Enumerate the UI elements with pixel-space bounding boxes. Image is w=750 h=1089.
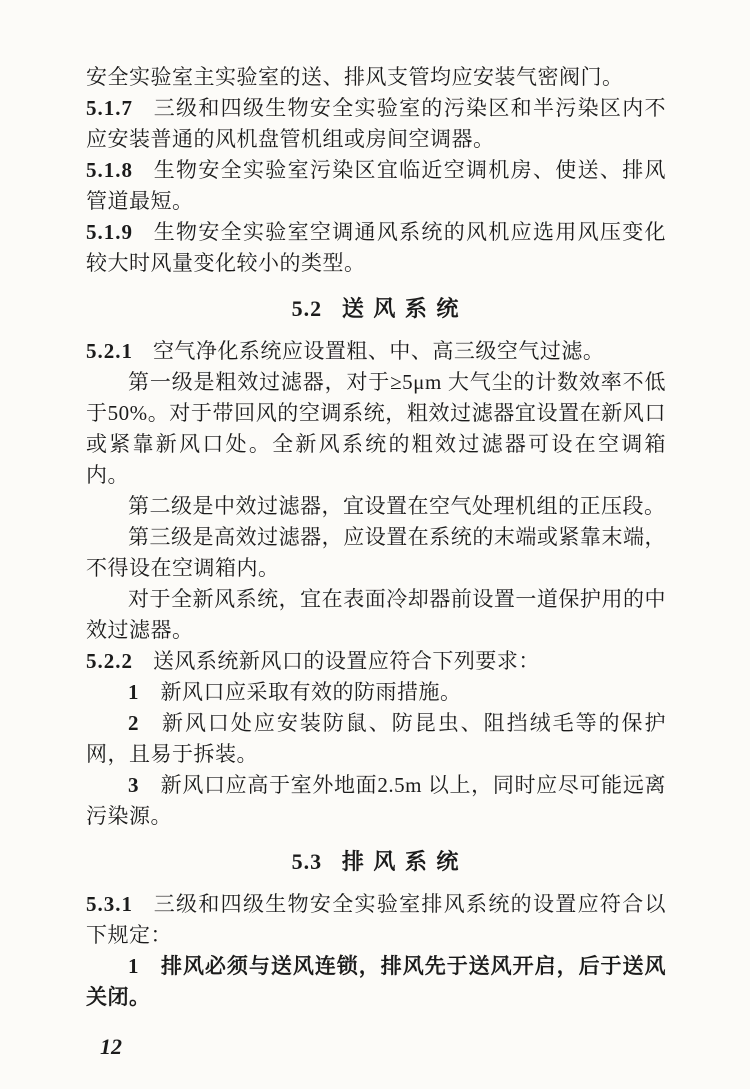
section-title: 送 风 系 统 xyxy=(342,296,461,321)
clause-text: 三级和四级生物安全实验室的污染区和半污染区内不应安装普通的风机盘管机组或房间空调… xyxy=(86,96,666,151)
item-text: 新风口应采取有效的防雨措施。 xyxy=(161,680,462,704)
clause-5-1-8: 5.1.8生物安全实验室污染区宜临近空调机房、使送、排风管道最短。 xyxy=(86,155,666,217)
paragraph-text: 安全实验室主实验室的送、排风支管均应安装气密阀门。 xyxy=(86,65,624,89)
clause-number: 5.3.1 xyxy=(86,892,133,916)
clause-number: 5.1.7 xyxy=(86,96,133,120)
paragraph-continuation: 安全实验室主实验室的送、排风支管均应安装气密阀门。 xyxy=(86,62,666,93)
document-page: 安全实验室主实验室的送、排风支管均应安装气密阀门。 5.1.7三级和四级生物安全… xyxy=(0,0,750,1089)
item-number: 2 xyxy=(128,711,140,735)
list-item-5-2-2-3: 3新风口应高于室外地面2.5m 以上，同时应尽可能远离污染源。 xyxy=(86,770,666,832)
clause-5-3-1: 5.3.1三级和四级生物安全实验室排风系统的设置应符合以下规定： xyxy=(86,889,666,951)
paragraph-text: 对于全新风系统，宜在表面冷却器前设置一道保护用的中效过滤器。 xyxy=(86,587,666,642)
paragraph-full-fresh-air: 对于全新风系统，宜在表面冷却器前设置一道保护用的中效过滤器。 xyxy=(86,584,666,646)
clause-5-1-9: 5.1.9生物安全实验室空调通风系统的风机应选用风压变化较大时风量变化较小的类型… xyxy=(86,217,666,279)
paragraph-filter-level-1: 第一级是粗效过滤器，对于≥5μm 大气尘的计数效率不低于50%。对于带回风的空调… xyxy=(86,367,666,491)
clause-5-1-7: 5.1.7三级和四级生物安全实验室的污染区和半污染区内不应安装普通的风机盘管机组… xyxy=(86,93,666,155)
clause-text: 生物安全实验室污染区宜临近空调机房、使送、排风管道最短。 xyxy=(86,158,666,213)
clause-number: 5.1.9 xyxy=(86,220,133,244)
clause-number: 5.2.2 xyxy=(86,649,133,673)
section-heading-5-3: 5.3排 风 系 统 xyxy=(86,846,666,877)
clause-text: 送风系统新风口的设置应符合下列要求： xyxy=(153,649,540,673)
clause-number: 5.2.1 xyxy=(86,339,133,363)
clause-number: 5.1.8 xyxy=(86,158,133,182)
item-text: 新风口处应安装防鼠、防昆虫、阻挡绒毛等的保护网，且易于拆装。 xyxy=(86,711,666,766)
page-content: 安全实验室主实验室的送、排风支管均应安装气密阀门。 5.1.7三级和四级生物安全… xyxy=(86,62,666,1013)
clause-text: 三级和四级生物安全实验室排风系统的设置应符合以下规定： xyxy=(86,892,666,947)
item-text: 新风口应高于室外地面2.5m 以上，同时应尽可能远离污染源。 xyxy=(86,773,666,828)
clause-text: 生物安全实验室空调通风系统的风机应选用风压变化较大时风量变化较小的类型。 xyxy=(86,220,666,275)
item-text: 排风必须与送风连锁，排风先于送风开启，后于送风关闭。 xyxy=(86,954,666,1009)
section-number: 5.3 xyxy=(292,849,323,874)
clause-text: 空气净化系统应设置粗、中、高三级空气过滤。 xyxy=(153,339,605,363)
list-item-5-2-2-1: 1新风口应采取有效的防雨措施。 xyxy=(86,677,666,708)
page-number: 12 xyxy=(86,1034,666,1060)
paragraph-text: 第三级是高效过滤器，应设置在系统的末端或紧靠末端，不得设在空调箱内。 xyxy=(86,525,666,580)
section-title: 排 风 系 统 xyxy=(342,849,461,874)
paragraph-text: 第一级是粗效过滤器，对于≥5μm 大气尘的计数效率不低于50%。对于带回风的空调… xyxy=(86,370,666,487)
clause-5-2-2: 5.2.2送风系统新风口的设置应符合下列要求： xyxy=(86,646,666,677)
item-number: 3 xyxy=(128,773,140,797)
section-number: 5.2 xyxy=(292,296,323,321)
clause-5-2-1: 5.2.1空气净化系统应设置粗、中、高三级空气过滤。 xyxy=(86,336,666,367)
list-item-5-2-2-2: 2新风口处应安装防鼠、防昆虫、阻挡绒毛等的保护网，且易于拆装。 xyxy=(86,708,666,770)
paragraph-filter-level-2: 第二级是中效过滤器，宜设置在空气处理机组的正压段。 xyxy=(86,491,666,522)
item-number: 1 xyxy=(128,680,140,704)
paragraph-filter-level-3: 第三级是高效过滤器，应设置在系统的末端或紧靠末端，不得设在空调箱内。 xyxy=(86,522,666,584)
item-number: 1 xyxy=(128,954,140,978)
section-heading-5-2: 5.2送 风 系 统 xyxy=(86,293,666,324)
list-item-5-3-1-1: 1排风必须与送风连锁，排风先于送风开启，后于送风关闭。 xyxy=(86,951,666,1013)
paragraph-text: 第二级是中效过滤器，宜设置在空气处理机组的正压段。 xyxy=(128,494,666,518)
